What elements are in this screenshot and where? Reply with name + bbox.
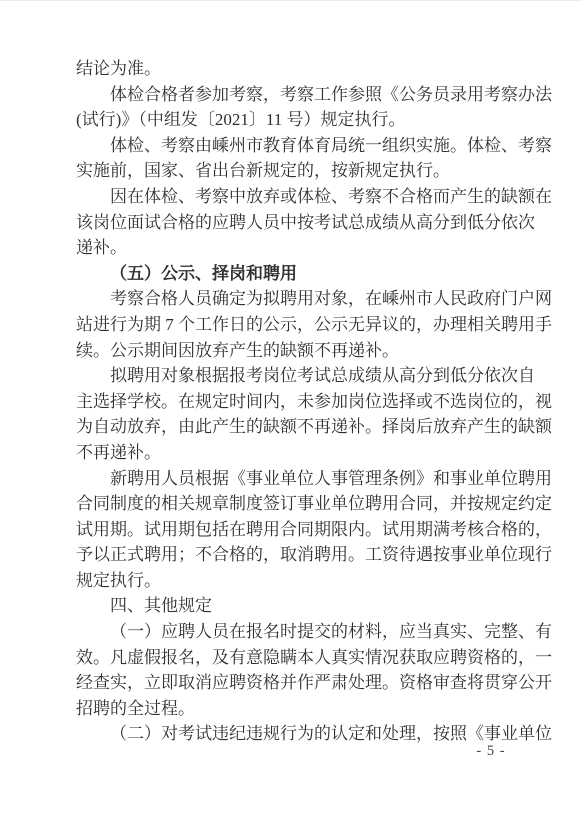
text-line: 因在体检、考察中放弃或体检、考察不合格而产生的缺额在: [76, 184, 517, 210]
text-line: 效。凡虚假报名，及有意隐瞒本人真实情况获取应聘资格的，一: [76, 645, 517, 671]
text-line: (试行)》（中组发〔2021〕11 号）规定执行。: [76, 107, 517, 133]
text-line: 该岗位面试合格的应聘人员中按考试总成绩从高分到低分依次: [76, 210, 517, 236]
document-page: 结论为准。体检合格者参加考察，考察工作参照《公务员录用考察办法(试行)》（中组发…: [0, 0, 582, 823]
text-line: 体检合格者参加考察，考察工作参照《公务员录用考察办法: [76, 82, 517, 108]
text-line: 拟聘用对象根据报考岗位考试总成绩从高分到低分依次自: [76, 363, 517, 389]
text-line: 试用期。试用期包括在聘用合同期限内。试用期满考核合格的，: [76, 517, 517, 543]
text-line: 实施前，国家、省出台新规定的，按新规定执行。: [76, 158, 517, 184]
text-line: 规定执行。: [76, 568, 517, 594]
text-line: 合同制度的相关规章制度签订事业单位聘用合同，并按规定约定: [76, 491, 517, 517]
text-line: （一）应聘人员在报名时提交的材料，应当真实、完整、有: [76, 619, 517, 645]
text-line: 为自动放弃，由此产生的缺额不再递补。择岗后放弃产生的缺额: [76, 414, 517, 440]
text-line: 体检、考察由嵊州市教育体育局统一组织实施。体检、考察: [76, 133, 517, 159]
text-line: 结论为准。: [76, 56, 517, 82]
text-line: 经查实，立即取消应聘资格并作严肃处理。资格审查将贯穿公开: [76, 670, 517, 696]
text-line: 考察合格人员确定为拟聘用对象，在嵊州市人民政府门户网: [76, 286, 517, 312]
text-line: 站进行为期 7 个工作日的公示，公示无异议的，办理相关聘用手: [76, 312, 517, 338]
section-heading: （五）公示、择岗和聘用: [76, 261, 517, 287]
text-line: 予以正式聘用；不合格的，取消聘用。工资待遇按事业单位现行: [76, 542, 517, 568]
page-number: - 5 -: [470, 741, 512, 761]
text-line: 续。公示期间因放弃产生的缺额不再递补。: [76, 338, 517, 364]
text-line: 不再递补。: [76, 440, 517, 466]
text-line: 新聘用人员根据《事业单位人事管理条例》和事业单位聘用: [76, 466, 517, 492]
text-line: （二）对考试违纪违规行为的认定和处理，按照《事业单位: [76, 721, 517, 747]
text-line: 递补。: [76, 235, 517, 261]
document-lines: 结论为准。体检合格者参加考察，考察工作参照《公务员录用考察办法(试行)》（中组发…: [76, 56, 517, 747]
text-line: 主选择学校。在规定时间内，未参加岗位选择或不选岗位的，视: [76, 389, 517, 415]
text-line: 招聘的全过程。: [76, 696, 517, 722]
text-line: 四、其他规定: [76, 593, 517, 619]
